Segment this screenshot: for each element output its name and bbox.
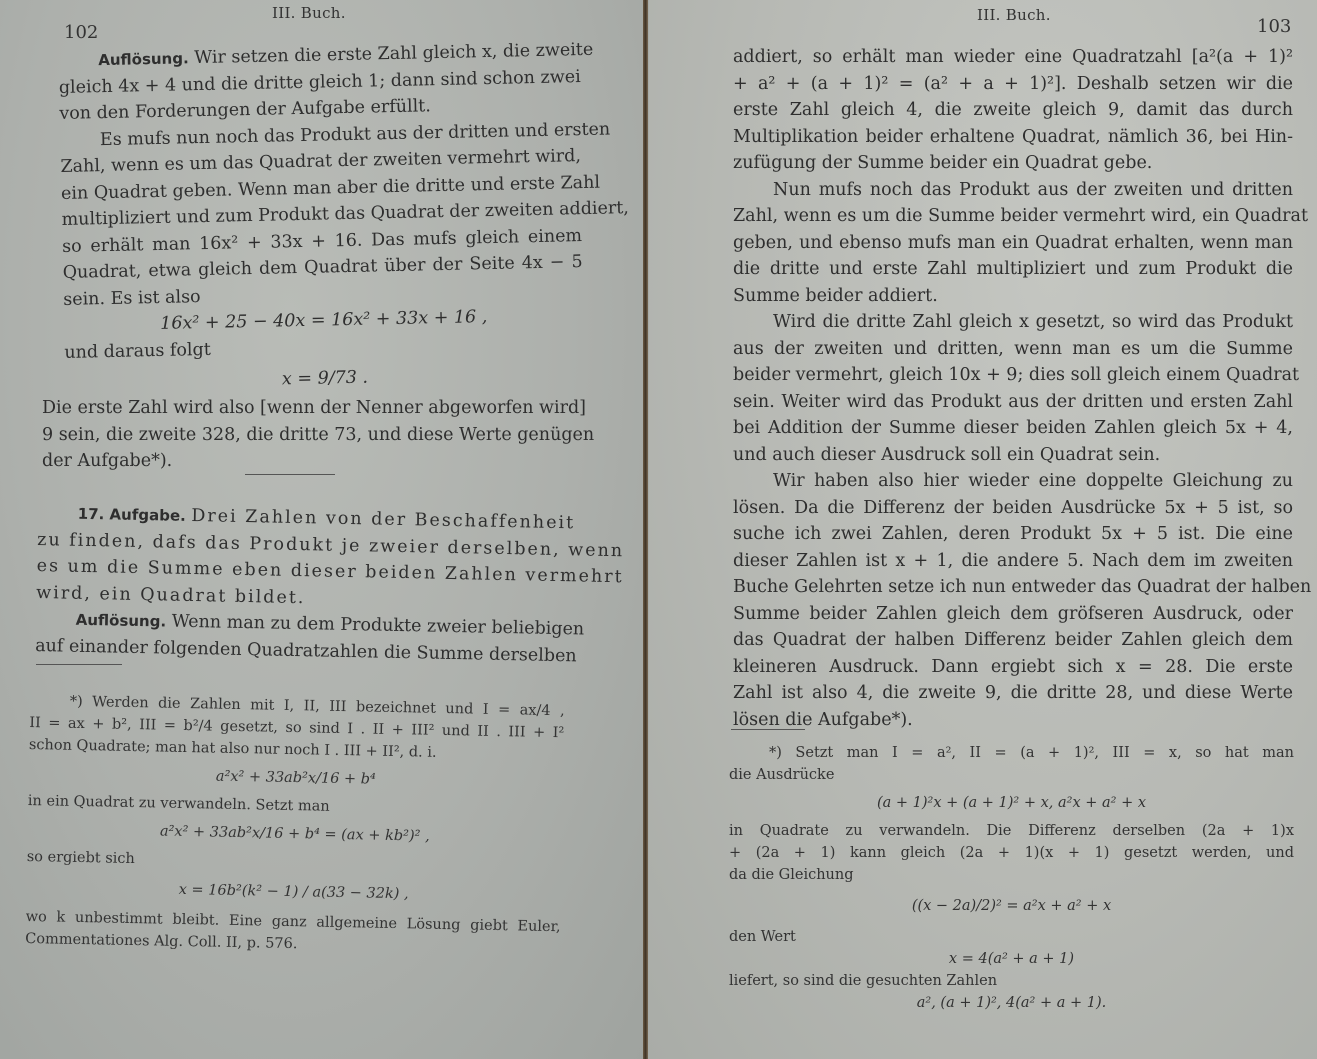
equation: (a + 1)²x + (a + 1)² + x, a²x + a² + x [729, 786, 1294, 820]
page-number: 103 [1257, 16, 1291, 37]
footnote-line: + (2a + 1) kann gleich (2a + 1)(x + 1) g… [729, 842, 1294, 864]
right-main-text: addiert, so erhält man wieder eine Quadr… [733, 44, 1293, 733]
left-main-text: Auflösung. Wir setzen die erste Zahl gle… [58, 37, 585, 402]
text-line: aus der zweiten und dritten, wenn man es… [733, 336, 1293, 363]
text-line: Summe beider addiert. [733, 283, 1293, 310]
text-line: die dritte und erste Zahl multipliziert … [733, 256, 1293, 283]
footnote-divider [731, 729, 805, 730]
book-spine [643, 0, 648, 1059]
text-line: bei Addition der Summe dieser beiden Zah… [733, 415, 1293, 442]
footnote-line: da die Gleichung [729, 864, 1294, 886]
footnote-divider [36, 664, 122, 665]
text-line: lösen die Aufgabe*). [733, 707, 1293, 734]
text-line: dieser Zahlen ist x + 1, die andere 5. N… [733, 548, 1293, 575]
text-line: beider vermehrt, gleich 10x + 9; dies so… [733, 362, 1293, 389]
text-line: kleineren Ausdruck. Dann ergiebt sich x … [733, 654, 1293, 681]
text-line: + a² + (a + 1)² = (a² + a + 1)²]. Deshal… [733, 71, 1293, 98]
text-line: Zahl ist also 4, die zweite 9, die dritt… [733, 680, 1293, 707]
solution-label: Auflösung. [76, 611, 167, 631]
left-conclusion: Die erste Zahl wird also [wenn der Nenne… [42, 395, 570, 475]
right-page: III. Buch. 103 addiert, so erhält man wi… [649, 0, 1317, 1059]
text-line: zufügung der Summe beider ein Quadrat ge… [733, 150, 1293, 177]
section-divider [245, 474, 335, 475]
text-line: und auch dieser Ausdruck soll ein Quadra… [733, 442, 1293, 469]
footnote-line: in Quadrate zu verwandeln. Die Differenz… [729, 820, 1294, 842]
running-head: III. Buch. [977, 6, 1051, 24]
text-line: addiert, so erhält man wieder eine Quadr… [733, 44, 1293, 71]
equation: ((x − 2a)/2)² = a²x + a² + x [729, 886, 1294, 926]
problem-label: 17. Aufgabe. [78, 505, 186, 525]
text-line: sein. Weiter wird das Produkt aus der dr… [733, 389, 1293, 416]
right-footnote: *) Setzt man I = a², II = (a + 1)², III … [729, 742, 1294, 1014]
footnote-line: den Wert [729, 926, 1294, 948]
text-line: erste Zahl gleich 4, die zweite gleich 9… [733, 97, 1293, 124]
text-line: Nun mufs noch das Produkt aus der zweite… [733, 177, 1293, 204]
text-line: suche ich zwei Zahlen, deren Produkt 5x … [733, 521, 1293, 548]
text-line: Wir haben also hier wieder eine doppelte… [733, 468, 1293, 495]
equation: a², (a + 1)², 4(a² + a + 1). [729, 992, 1294, 1014]
text-line: das Quadrat der halben Differenz beider … [733, 627, 1293, 654]
text-line: Summe beider Zahlen gleich dem gröfseren… [733, 601, 1293, 628]
text-line: Multiplikation beider erhaltene Quadrat,… [733, 124, 1293, 151]
text-line: Die erste Zahl wird also [wenn der Nenne… [42, 395, 570, 422]
problem-17: 17. Aufgabe. Drei Zahlen von der Beschaf… [35, 500, 568, 669]
footnote-line: liefert, so sind die gesuchten Zahlen [729, 970, 1294, 992]
text-line: geben, und ebenso mufs man ein Quadrat e… [733, 230, 1293, 257]
text-line: der Aufgabe*). [42, 448, 570, 475]
footnote-line: die Ausdrücke [729, 764, 1294, 786]
solution-label: Auflösung. [98, 49, 189, 69]
text-line: 9 sein, die zweite 328, die dritte 73, u… [42, 422, 570, 449]
left-page: III. Buch. 102 Auflösung. Wir setzen die… [0, 0, 645, 1059]
text-line: Buche Gelehrten setze ich nun entweder d… [733, 574, 1293, 601]
text-line: Wird die dritte Zahl gleich x gesetzt, s… [733, 309, 1293, 336]
text-line: Zahl, wenn es um die Summe beider vermeh… [733, 203, 1293, 230]
left-footnote: *) Werden die Zahlen mit I, II, III beze… [25, 690, 565, 960]
footnote-line: *) Setzt man I = a², II = (a + 1)², III … [729, 742, 1294, 764]
page-number: 102 [64, 22, 98, 43]
equation: x = 4(a² + a + 1) [729, 948, 1294, 970]
text-line: lösen. Da die Differenz der beiden Ausdr… [733, 495, 1293, 522]
running-head: III. Buch. [272, 4, 346, 22]
